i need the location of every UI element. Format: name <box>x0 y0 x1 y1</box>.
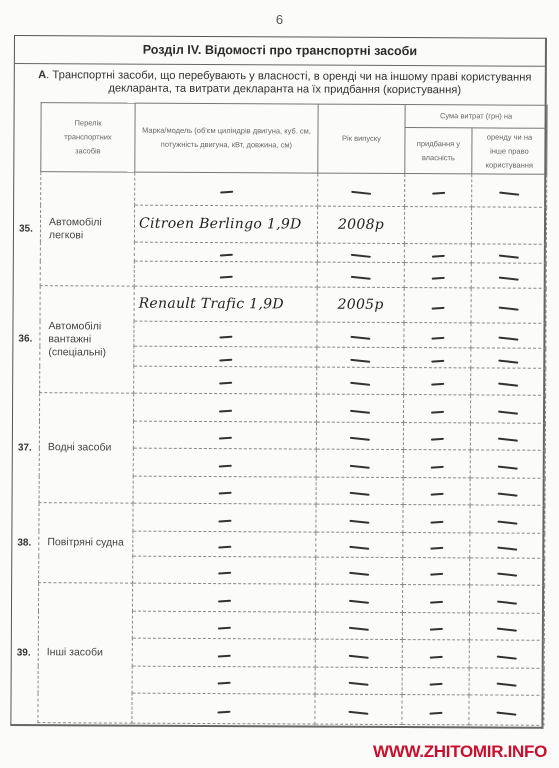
handwritten-model: Citroen Berlingo 1,9D <box>139 216 302 233</box>
cell-rent <box>469 668 544 695</box>
watermark: WWW.ZHITOMIR.INFO <box>373 742 547 762</box>
table-row: 39.Інші засоби <box>38 583 544 614</box>
blank-dash-mark <box>499 255 519 259</box>
blank-dash-mark <box>217 627 230 630</box>
cell-rent <box>471 263 546 288</box>
blank-dash-mark <box>430 493 443 496</box>
category-cell: 37.Водні засоби <box>39 393 134 503</box>
blank-dash-mark <box>497 572 517 576</box>
handwritten-model: Renault Trafic 1,9D <box>139 296 284 313</box>
cell-model <box>134 346 317 367</box>
cell-model <box>134 366 317 394</box>
cell-purchase <box>404 207 471 244</box>
cell-rent <box>469 585 544 613</box>
category-number: 38. <box>17 536 31 549</box>
blank-dash-mark <box>218 409 231 412</box>
cell-year <box>316 557 403 584</box>
blank-dash-mark <box>498 492 518 496</box>
table-row: 38.Повітряні судна <box>39 503 545 534</box>
blank-dash-mark <box>351 254 371 258</box>
blank-dash-mark <box>350 358 370 362</box>
cell-year <box>316 394 403 422</box>
blank-dash-mark <box>498 359 518 363</box>
cell-rent <box>469 613 544 640</box>
blank-dash-mark <box>218 437 231 440</box>
blank-dash-mark <box>431 255 444 258</box>
cell-year <box>315 639 402 667</box>
blank-dash-mark <box>350 464 370 468</box>
blank-dash-mark <box>350 382 370 386</box>
cell-rent <box>470 505 545 533</box>
cell-purchase <box>402 668 469 695</box>
handwritten-year: 2005р <box>338 297 384 313</box>
cell-model <box>133 531 316 557</box>
cell-year <box>318 173 405 206</box>
blank-dash-mark <box>431 337 444 340</box>
cell-rent <box>470 423 545 450</box>
category-label: Повітряні судна <box>47 536 124 549</box>
cell-model <box>133 393 316 422</box>
cell-purchase <box>404 368 471 395</box>
cell-model <box>134 242 317 262</box>
blank-dash-mark <box>218 492 231 495</box>
blank-dash-mark <box>350 437 370 441</box>
cell-rent <box>470 558 545 585</box>
blank-dash-mark <box>430 410 443 413</box>
blank-dash-mark <box>498 438 518 442</box>
blank-dash-mark <box>218 572 231 575</box>
cell-purchase <box>402 695 469 725</box>
blank-dash-mark <box>498 383 518 387</box>
blank-dash-mark <box>430 573 443 576</box>
cell-rent <box>469 640 544 668</box>
cell-purchase <box>403 533 470 558</box>
cell-model <box>132 638 315 667</box>
blank-dash-mark <box>349 654 369 658</box>
blank-dash-mark <box>497 627 517 631</box>
category-number: 37. <box>18 441 32 454</box>
blank-dash-mark <box>432 192 445 195</box>
blank-dash-mark <box>349 682 369 686</box>
blank-dash-mark <box>219 358 232 361</box>
cell-year <box>317 243 404 262</box>
blank-dash-mark <box>429 683 442 686</box>
header-cost-purchase: придбання у власність <box>405 128 472 174</box>
header-type: Перелік транспортних засобів <box>41 103 135 172</box>
cell-purchase <box>405 174 472 207</box>
cell-rent <box>471 348 546 368</box>
blank-dash-mark <box>350 409 370 413</box>
category-label: Інші засоби <box>47 646 103 659</box>
blank-dash-mark <box>499 307 519 311</box>
cell-year <box>316 449 403 477</box>
cell-purchase <box>403 450 470 478</box>
page-number: 6 <box>0 12 559 27</box>
subsection-heading: А. Транспортні засоби, що перебувають у … <box>35 69 535 98</box>
blank-dash-mark <box>430 465 443 468</box>
blank-dash-mark <box>220 191 233 194</box>
cell-purchase <box>402 613 469 640</box>
cell-year <box>315 584 402 612</box>
cell-year <box>316 422 403 449</box>
header-model: Марка/модель (об'єм циліндрів двигуна, к… <box>135 103 318 173</box>
blank-dash-mark <box>497 655 517 659</box>
cell-model: Citroen Berlingo 1,9D <box>134 205 317 243</box>
blank-dash-mark <box>217 682 230 685</box>
blank-dash-mark <box>429 711 442 714</box>
cell-year <box>317 322 404 347</box>
blank-dash-mark <box>349 519 369 523</box>
section-title: Розділ IV. Відомості про транспортні зас… <box>15 36 545 67</box>
category-label: Автомобілі легкові <box>49 216 109 242</box>
category-label: Автомобілі вантажні (спеціальні) <box>48 320 118 359</box>
blank-dash-mark <box>429 600 442 603</box>
cell-model <box>132 693 315 724</box>
category-label: Водні засоби <box>48 441 112 454</box>
blank-dash-mark <box>218 546 231 549</box>
cell-model <box>135 172 318 206</box>
cell-year: 2008р <box>317 206 404 243</box>
cell-purchase <box>404 288 471 323</box>
category-cell: 38.Повітряні судна <box>39 503 133 583</box>
cell-model <box>133 503 316 532</box>
cell-purchase <box>402 640 469 668</box>
cell-year: 2005р <box>317 287 404 322</box>
cell-year <box>316 504 403 532</box>
blank-dash-mark <box>217 654 230 657</box>
blank-dash-mark <box>497 682 517 686</box>
cell-rent <box>470 533 545 558</box>
blank-dash-mark <box>219 276 232 279</box>
cell-model <box>133 556 316 584</box>
category-cell: 35.Автомобілі легкові <box>40 172 135 286</box>
cell-rent <box>470 395 545 423</box>
blank-dash-mark <box>498 337 518 341</box>
blank-dash-mark <box>218 519 231 522</box>
blank-dash-mark <box>348 710 368 714</box>
cell-rent <box>469 695 544 725</box>
blank-dash-mark <box>498 410 518 414</box>
cell-purchase <box>404 244 471 263</box>
blank-dash-mark <box>497 546 517 550</box>
cell-purchase <box>403 478 470 505</box>
blank-dash-mark <box>219 254 232 257</box>
cell-model <box>133 476 316 504</box>
blank-dash-mark <box>496 711 516 715</box>
blank-dash-mark <box>349 572 369 576</box>
subsection-text: . Транспортні засоби, що перебувають у в… <box>46 69 531 96</box>
category-number: 36. <box>18 333 32 346</box>
cell-model <box>134 321 317 347</box>
blank-dash-mark <box>429 655 442 658</box>
header-year: Рік випуску <box>318 104 405 173</box>
table-row: 37.Водні засоби <box>39 393 545 424</box>
cell-rent <box>471 207 546 244</box>
cell-year <box>315 694 402 724</box>
cell-rent <box>470 478 545 505</box>
blank-dash-mark <box>431 359 444 362</box>
blank-dash-mark <box>217 710 230 713</box>
cell-purchase <box>404 263 471 288</box>
handwritten-year: 2008р <box>338 217 384 233</box>
blank-dash-mark <box>350 492 370 496</box>
cell-rent <box>471 368 546 395</box>
blank-dash-mark <box>351 191 371 195</box>
cell-rent <box>471 323 546 348</box>
cell-rent <box>471 288 546 323</box>
table-row: 36.Автомобілі вантажні (спеціальні)Renau… <box>40 286 546 324</box>
table-row: 35.Автомобілі легкові <box>41 172 547 208</box>
blank-dash-mark <box>219 382 232 385</box>
cell-year <box>317 262 404 287</box>
blank-dash-mark <box>431 307 444 310</box>
blank-dash-mark <box>350 336 370 340</box>
cell-year <box>316 532 403 557</box>
vehicles-table-body: 35.Автомобілі легковіCitroen Berlingo 1,… <box>38 172 547 726</box>
cell-purchase <box>402 585 469 613</box>
category-number: 35. <box>19 222 33 235</box>
cell-model: Renault Trafic 1,9D <box>134 286 317 322</box>
blank-dash-mark <box>430 438 443 441</box>
blank-dash-mark <box>499 192 519 196</box>
cell-year <box>315 612 402 639</box>
vehicles-table: Перелік транспортних засобів Марка/модел… <box>37 102 547 726</box>
category-cell: 39.Інші засоби <box>38 583 133 723</box>
cell-year <box>317 347 404 367</box>
cell-purchase <box>403 558 470 585</box>
cell-rent <box>471 244 546 263</box>
cell-purchase <box>404 323 471 348</box>
cell-model <box>132 666 315 694</box>
cell-model <box>134 261 317 287</box>
cell-year <box>317 367 404 394</box>
blank-dash-mark <box>219 336 232 339</box>
blank-dash-mark <box>431 383 444 386</box>
blank-dash-mark <box>497 520 517 524</box>
blank-dash-mark <box>349 627 369 631</box>
blank-dash-mark <box>351 276 371 280</box>
cell-rent <box>472 174 547 207</box>
section-frame: Розділ IV. Відомості про транспортні зас… <box>10 35 547 729</box>
cell-purchase <box>404 348 471 368</box>
cell-model <box>133 421 316 449</box>
header-cost-group: Сума витрат (грн) на <box>405 105 547 129</box>
blank-dash-mark <box>429 628 442 631</box>
cell-year <box>315 667 402 694</box>
blank-dash-mark <box>499 277 519 281</box>
cell-purchase <box>403 423 470 450</box>
blank-dash-mark <box>430 547 443 550</box>
cell-year <box>316 477 403 504</box>
cell-rent <box>470 450 545 478</box>
blank-dash-mark <box>218 464 231 467</box>
blank-dash-mark <box>431 277 444 280</box>
blank-dash-mark <box>217 599 230 602</box>
blank-dash-mark <box>497 600 517 604</box>
cell-model <box>132 611 315 639</box>
cell-purchase <box>403 395 470 423</box>
blank-dash-mark <box>349 599 369 603</box>
blank-dash-mark <box>498 465 518 469</box>
header-cost-rent: оренду чи на інше право користування <box>472 128 547 174</box>
category-number: 39. <box>17 646 31 659</box>
blank-dash-mark <box>430 520 443 523</box>
blank-dash-mark <box>349 546 369 550</box>
cell-purchase <box>403 505 470 533</box>
cell-model <box>132 583 315 612</box>
cell-model <box>133 448 316 477</box>
category-cell: 36.Автомобілі вантажні (спеціальні) <box>40 286 135 393</box>
